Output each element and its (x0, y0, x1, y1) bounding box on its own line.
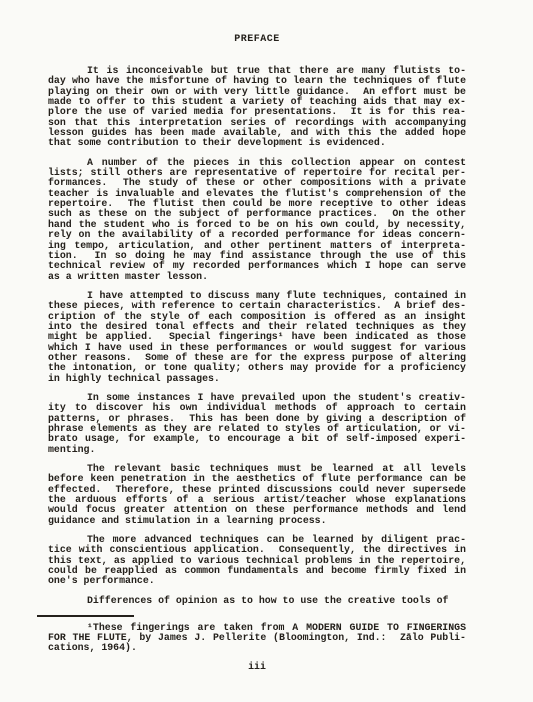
text-line: these pieces, with reference to certain … (48, 301, 466, 311)
text-line: in highly technical passages. (48, 374, 466, 384)
page-number: iii (48, 662, 466, 672)
footnote-line: cations, 1964). (48, 643, 466, 653)
text-line: Differences of opinion as to how to use … (48, 596, 466, 606)
text-line: rely on the availability of a recorded p… (48, 230, 466, 240)
text-line: that some contribution to their developm… (48, 138, 466, 148)
paragraph: Differences of opinion as to how to use … (48, 596, 466, 606)
document-page: PREFACE It is inconceivable but true tha… (0, 0, 533, 702)
text-line: one's performance. (48, 576, 466, 586)
paragraph: A number of the pieces in this collectio… (48, 158, 466, 282)
text-line: guidance and stimulation in a learning p… (48, 516, 466, 526)
paragraph: It is inconceivable but true that there … (48, 66, 466, 149)
page-content: PREFACE It is inconceivable but true tha… (48, 35, 466, 672)
paragraph: I have attempted to discuss many flute t… (48, 291, 466, 384)
body-paragraphs: It is inconceivable but true that there … (48, 66, 466, 606)
paragraph: The more advanced techniques can be lear… (48, 535, 466, 587)
text-line: as a written master lesson. (48, 272, 466, 282)
page-title: PREFACE (48, 35, 466, 45)
text-line: technical review of my recorded performa… (48, 261, 466, 271)
text-line: menting. (48, 445, 466, 455)
footnote-rule (37, 615, 134, 617)
paragraph: In some instances I have prevailed upon … (48, 393, 466, 455)
paragraph: The relevant basic techniques must be le… (48, 464, 466, 526)
footnote: ¹These fingerings are taken from A MODER… (48, 623, 466, 654)
text-line: brato usage, for example, to encourage a… (48, 434, 466, 444)
